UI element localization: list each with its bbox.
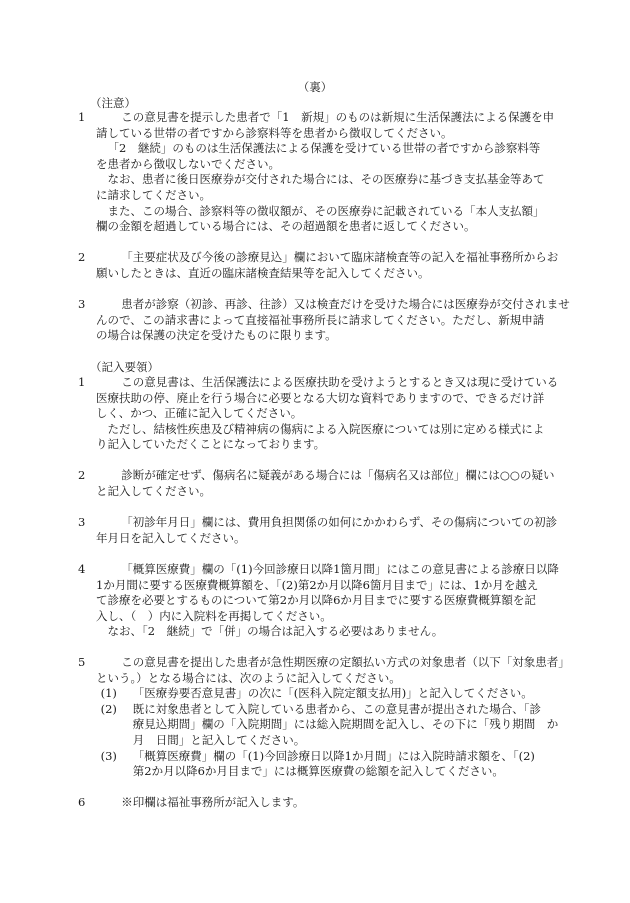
item-number: 1: [78, 375, 94, 391]
paragraph-line: なお、患者に後日医療券が交付された場合には、その医療券に基づき支払基金等あて: [96, 172, 568, 188]
paragraph-line: ただし、結核性疾患及び精神病の傷病による入院医療については別に定める様式によ: [96, 422, 568, 438]
paragraph-line: 「医療券要否意見書」の次に「(医科入院定額支払用)」と記入してください。: [126, 686, 568, 702]
page-side-label: （裏）: [0, 79, 630, 95]
instructions-heading: （記入要領）: [90, 359, 159, 375]
paragraph-line: と記入してください。: [96, 484, 568, 500]
subitem-3: (3) 「概算医療費」欄の「(1)今回診療日以降1か月間」には入院時請求額を、「…: [96, 749, 568, 780]
instructions-item-6: 6 ※印欄は福祉事務所が記入します。: [78, 795, 568, 811]
paragraph-line: 欄の金額を超過している場合には、その超過額を患者に返してください。: [96, 219, 568, 235]
paragraph-line: 患者が診察（初診、再診、往診）又は検査だけを受けた場合には医療券が交付されませ: [96, 297, 568, 313]
item-number: 1: [78, 110, 94, 126]
paragraph-line: 「2 継続」のものは生活保護法による保護を受けている世帯の者ですから診察料等: [96, 141, 568, 157]
paragraph-line: 医療扶助の停、廃止を行う場合に必要となる大切な資料でありますので、できるだけ詳: [96, 391, 568, 407]
paragraph-line: また、この場合、診察料等の徴収額が、その医療券に記載されている「本人支払額」: [96, 204, 568, 220]
paragraph-line: 「初診年月日」欄には、費用負担関係の如何にかかわらず、その傷病についての初診: [96, 515, 568, 531]
notes-item-1: 1 この意見書を提示した患者で「1 新規」のものは新規に生活保護法による保護を申…: [78, 110, 568, 235]
paragraph-line: しく、かつ、正確に記入してください。: [96, 406, 568, 422]
paragraph-line: の場合は保護の決定を受けたものに限ります。: [96, 328, 568, 344]
paragraph-line: 願いしたときは、直近の臨床諸検査結果等を記入してください。: [96, 266, 568, 282]
subitem-1: (1) 「医療券要否意見書」の次に「(医科入院定額支払用)」と記入してください。: [96, 686, 568, 702]
paragraph-line: この意見書を提出した患者が急性期医療の定額払い方式の対象患者（以下「対象患者」: [96, 655, 568, 671]
paragraph-line: 「主要症状及び今後の診療見込」欄において臨床諸検査等の記入を福祉事務所からお: [96, 250, 568, 266]
paragraph-line: を患者から徴収しないでください。: [96, 157, 568, 173]
paragraph-line: て診療を必要とするものについて第2か月以降6か月目までに要する医療費概算額を記: [96, 593, 568, 609]
instructions-item-1: 1 この意見書は、生活保護法による医療扶助を受けようとするとき又は現に受けている…: [78, 375, 568, 453]
paragraph-line: 月 日間」と記入してください。: [126, 733, 568, 749]
document-page: （裏） （注意） 1 この意見書を提示した患者で「1 新規」のものは新規に生活保…: [0, 0, 630, 903]
paragraph-line: 「概算医療費」欄の「(1)今回診療日以降1か月間」には入院時請求額を、「(2): [126, 749, 568, 765]
item-number: 3: [78, 297, 94, 313]
paragraph-line: この意見書を提示した患者で「1 新規」のものは新規に生活保護法による保護を申: [96, 110, 568, 126]
instructions-item-4: 4 「概算医療費」欄の「(1)今回診療日以降1箇月間」にはこの意見書による診療日…: [78, 562, 568, 640]
paragraph-line: 年月日を記入してください。: [96, 531, 568, 547]
paragraph-line: 診断が確定せず、傷病名に疑義がある場合には「傷病名又は部位」欄には○○の疑い: [96, 468, 568, 484]
paragraph-line: 「概算医療費」欄の「(1)今回診療日以降1箇月間」にはこの意見書による診療日以降: [96, 562, 568, 578]
paragraph-line: 請している世帯の者ですから診察料等を患者から徴収してください。: [96, 126, 568, 142]
subitem-2: (2) 既に対象患者として入院している患者から、この意見書が提出された場合、「診…: [96, 702, 568, 749]
item-number: 2: [78, 468, 94, 484]
subitem-number: (3): [101, 749, 117, 765]
item-number: 6: [78, 795, 94, 811]
item-number: 5: [78, 655, 94, 671]
instructions-item-3: 3 「初診年月日」欄には、費用負担関係の如何にかかわらず、その傷病についての初診…: [78, 515, 568, 546]
notes-heading: （注意）: [90, 95, 136, 111]
item-number: 3: [78, 515, 94, 531]
paragraph-line: んので、この請求書によって直接福祉事務所長に請求してください。ただし、新規申請: [96, 313, 568, 329]
instructions-item-5: 5 この意見書を提出した患者が急性期医療の定額払い方式の対象患者（以下「対象患者…: [78, 655, 568, 780]
paragraph-line: 1か月間に要する医療費概算額を、「(2)第2か月以降6箇月目まで」には、1か月を…: [96, 578, 568, 594]
paragraph-line: 療見込期間」欄の「入院期間」には総入院期間を記入し、その下に「残り期間 か: [126, 717, 568, 733]
paragraph-line: ※印欄は福祉事務所が記入します。: [96, 795, 568, 811]
item-number: 2: [78, 250, 94, 266]
subitem-number: (1): [101, 686, 117, 702]
paragraph-line: に請求してください。: [96, 188, 568, 204]
paragraph-line: 既に対象患者として入院している患者から、この意見書が提出された場合、「診: [126, 702, 568, 718]
paragraph-line: り記入していただくことになっております。: [96, 437, 568, 453]
notes-item-3: 3 患者が診察（初診、再診、往診）又は検査だけを受けた場合には医療券が交付されま…: [78, 297, 568, 344]
item-number: 4: [78, 562, 94, 578]
paragraph-line: 第2か月以降6か月目まで」には概算医療費の総額を記入してください。: [126, 764, 568, 780]
instructions-item-2: 2 診断が確定せず、傷病名に疑義がある場合には「傷病名又は部位」欄には○○の疑い…: [78, 468, 568, 499]
paragraph-line: なお、「2 継続」で「併」の場合は記入する必要はありません。: [96, 624, 568, 640]
paragraph-line: この意見書は、生活保護法による医療扶助を受けようとするとき又は現に受けている: [96, 375, 568, 391]
paragraph-line: 入し、（ ）内に入院料を再掲してください。: [96, 609, 568, 625]
subitem-number: (2): [101, 702, 117, 718]
notes-item-2: 2 「主要症状及び今後の診療見込」欄において臨床諸検査等の記入を福祉事務所からお…: [78, 250, 568, 281]
paragraph-line: という。）となる場合には、次のように記入してください。: [96, 671, 568, 687]
